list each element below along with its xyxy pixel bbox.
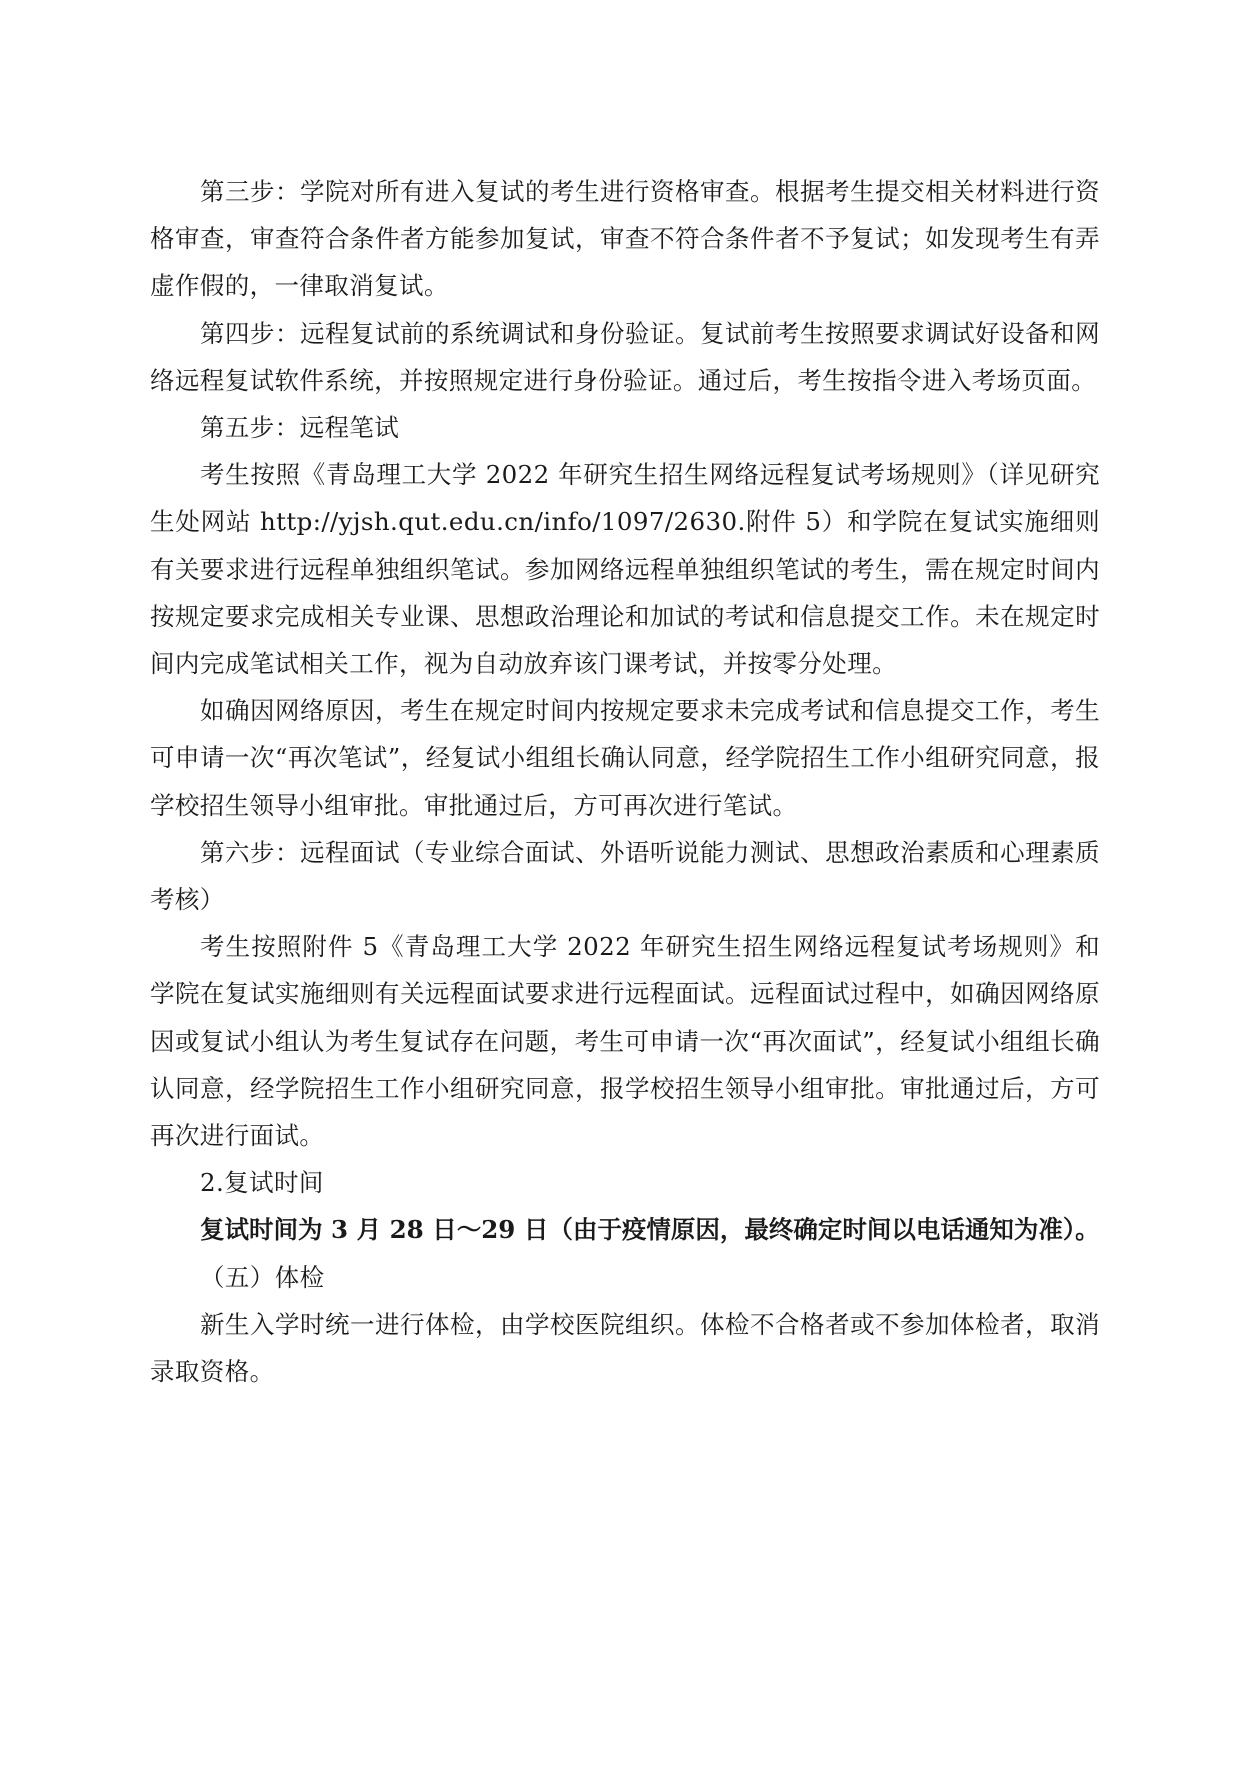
heading-section5-physical-exam: （五）体检 [150,1254,1100,1301]
heading-step5: 第五步：远程笔试 [150,404,1100,451]
paragraph-step5-retry: 如确因网络原因，考生在规定时间内按规定要求未完成考试和信息提交工作，考生可申请一… [150,687,1100,829]
paragraph-step5-body: 考生按照《青岛理工大学 2022 年研究生招生网络远程复试考场规则》（详见研究生… [150,451,1100,687]
document-page: 第三步：学院对所有进入复试的考生进行资格审查。根据考生提交相关材料进行资格审查，… [150,168,1100,1395]
heading-step6: 第六步：远程面试（专业综合面试、外语听说能力测试、思想政治素质和心理素质考核） [150,829,1100,923]
paragraph-step3: 第三步：学院对所有进入复试的考生进行资格审查。根据考生提交相关材料进行资格审查，… [150,168,1100,310]
paragraph-step6-body: 考生按照附件 5《青岛理工大学 2022 年研究生招生网络远程复试考场规则》和学… [150,923,1100,1159]
paragraph-step4: 第四步：远程复试前的系统调试和身份验证。复试前考生按照要求调试好设备和网络远程复… [150,310,1100,404]
paragraph-retest-time-notice: 复试时间为 3 月 28 日～29 日（由于疫情原因，最终确定时间以电话通知为准… [150,1206,1100,1253]
paragraph-physical-exam: 新生入学时统一进行体检，由学校医院组织。体检不合格者或不参加体检者，取消录取资格… [150,1301,1100,1395]
heading-section2-retest-time: 2.复试时间 [150,1159,1100,1206]
